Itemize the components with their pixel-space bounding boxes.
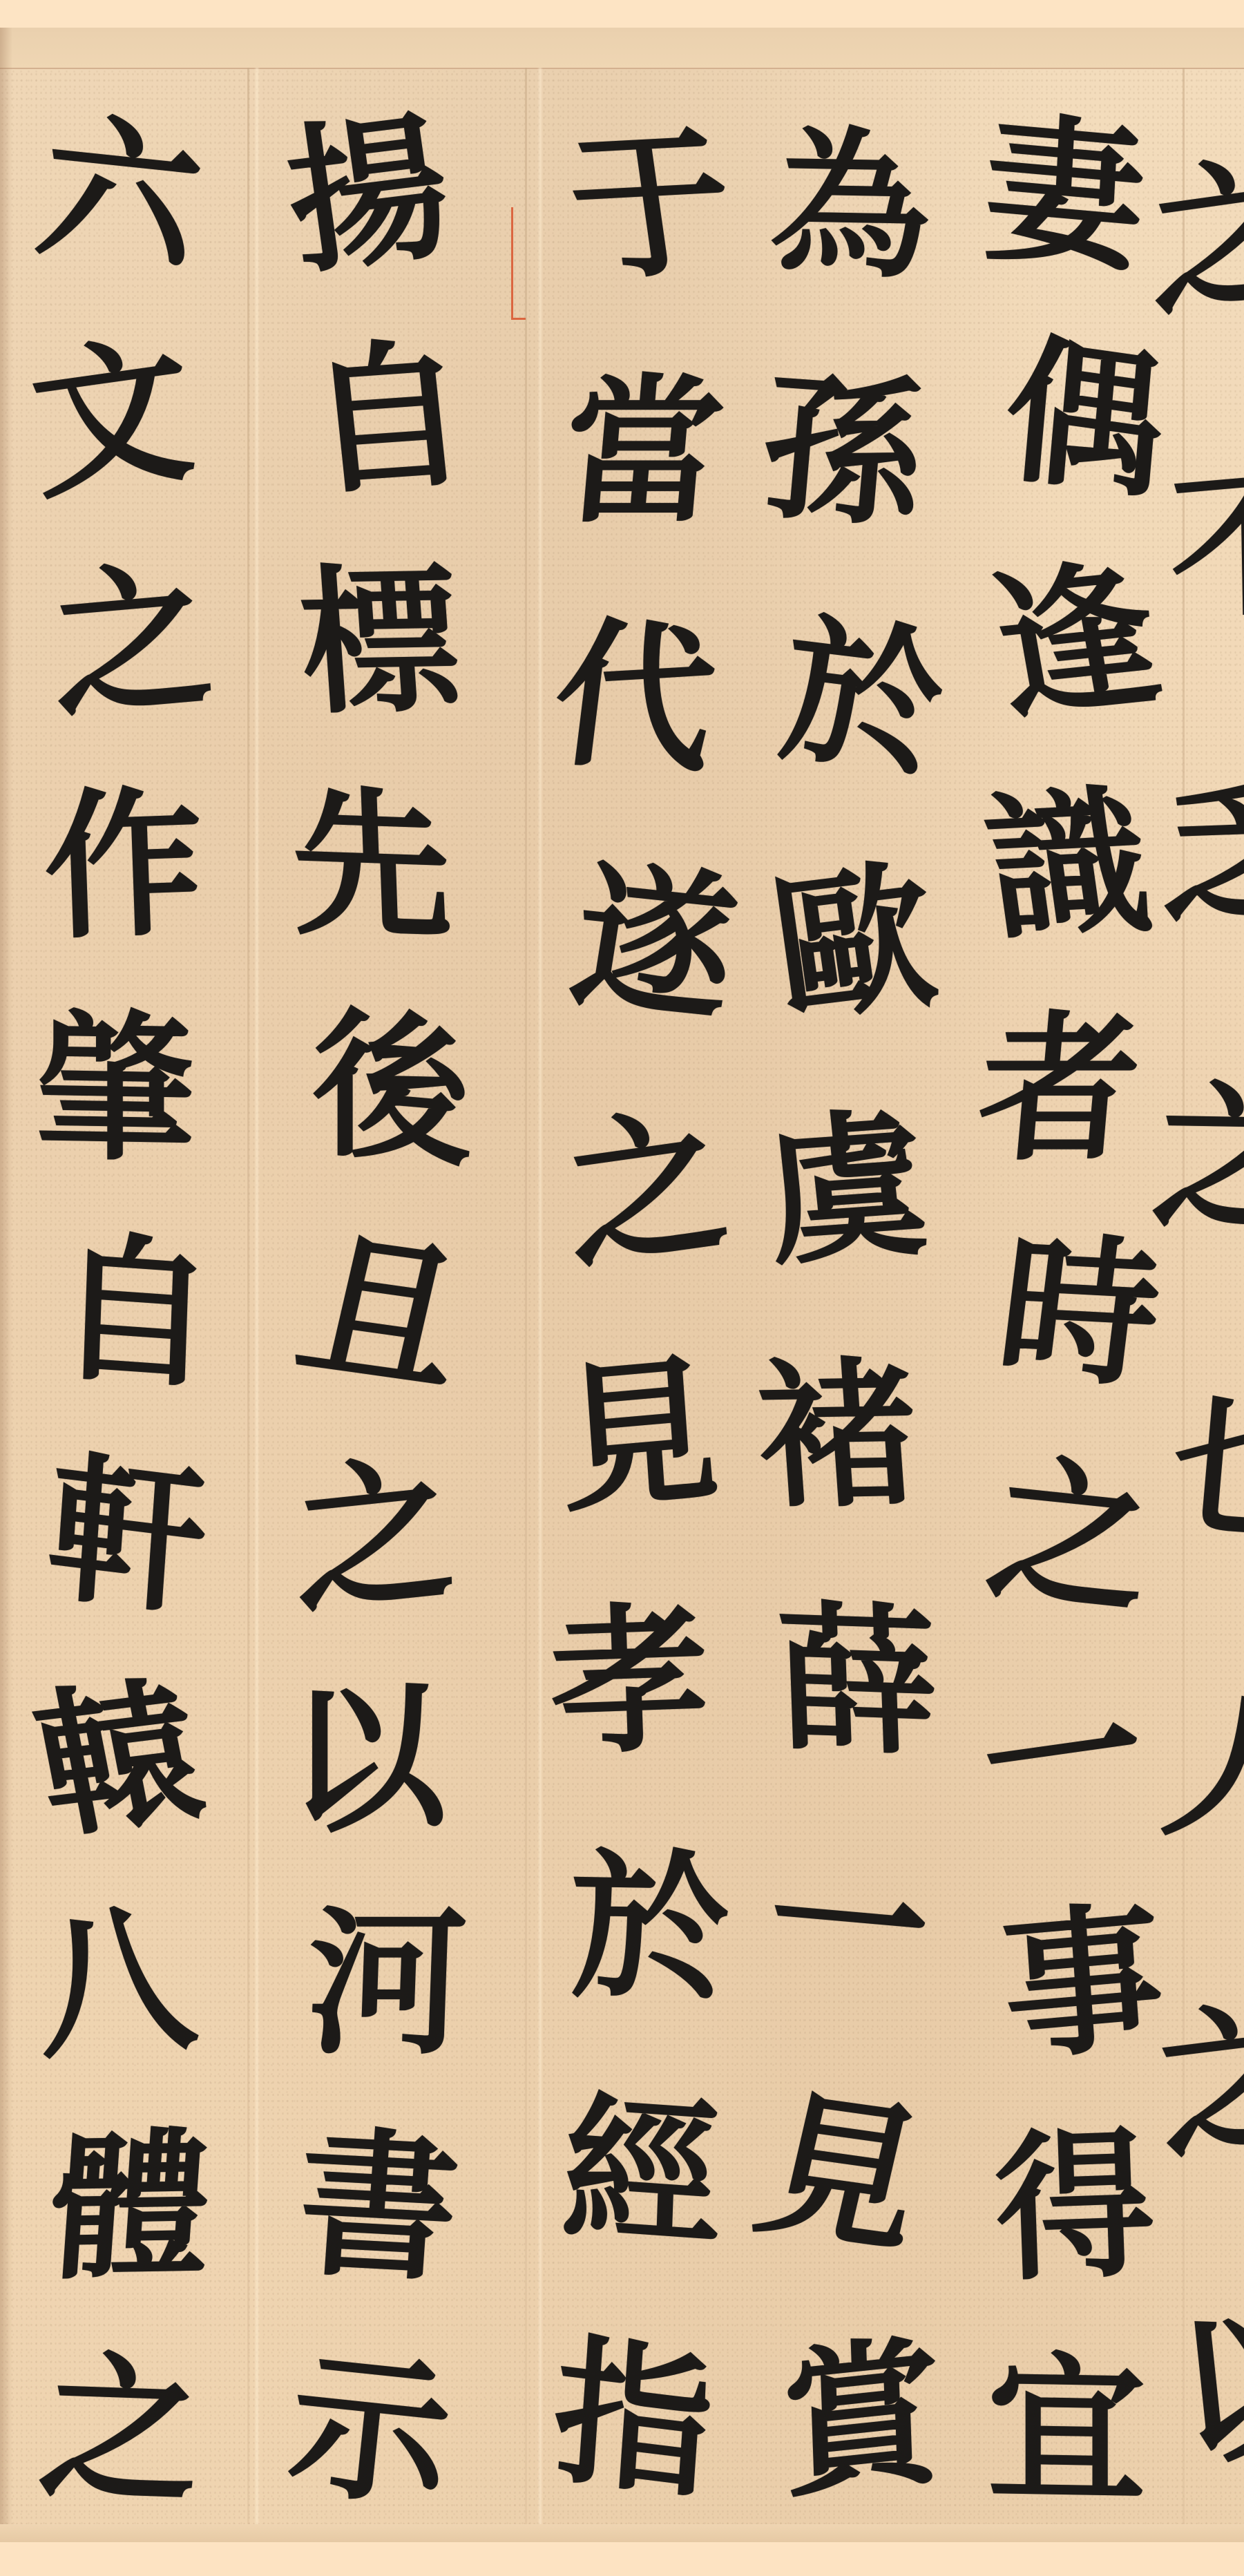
- calligraphy-character: 時: [986, 1197, 1172, 1428]
- calligraphy-character: 先: [288, 751, 454, 980]
- calligraphy-character: 歐: [758, 812, 950, 1076]
- calligraphy-character: 河: [303, 1871, 470, 2095]
- calligraphy-column-4: 于當代遂之見孝於經指: [539, 83, 746, 2542]
- calligraphy-character: 經: [558, 2045, 725, 2302]
- calligraphy-character: 不: [1168, 383, 1244, 705]
- calligraphy-character: 者: [970, 977, 1149, 1201]
- paper-left-edge-stain: [0, 28, 12, 2542]
- calligraphy-character: 肇: [36, 975, 195, 1202]
- calligraphy-character: 一: [973, 1637, 1154, 1882]
- top-mat-border: [0, 0, 1244, 28]
- calligraphy-character: 虞: [754, 1062, 939, 1317]
- calligraphy-character: 之: [1145, 1004, 1244, 1314]
- paper-bottom-strip: [0, 2524, 1244, 2542]
- calligraphy-character: 六: [23, 76, 216, 314]
- artwork-frame: 六文之作肇自軒轅八體之 揚自標先後且之以河書示 于當代遂之見孝於經指 為孫於歐虞…: [0, 0, 1244, 2576]
- calligraphy-character: 宜: [987, 2317, 1146, 2542]
- bottom-mat-border: [0, 2542, 1244, 2576]
- calligraphy-character: 為: [765, 82, 937, 330]
- calligraphy-character: 書: [291, 2091, 466, 2322]
- calligraphy-character: 見: [735, 2042, 948, 2305]
- calligraphy-character: 軒: [41, 1415, 214, 1657]
- calligraphy-character: 轅: [19, 1640, 219, 1879]
- calligraphy-character: 八: [14, 1867, 207, 2099]
- calligraphy-character: 揚: [274, 75, 462, 316]
- calligraphy-character: 標: [293, 528, 468, 754]
- calligraphy-character: 之: [975, 1418, 1167, 1655]
- calligraphy-character: 褚: [750, 1311, 926, 1560]
- calligraphy-character: 得: [991, 2092, 1158, 2321]
- calligraphy-character: 文: [21, 296, 202, 540]
- calligraphy-character: 之: [31, 2316, 213, 2542]
- paper-seam: [525, 68, 527, 2542]
- calligraphy-character: 遂: [557, 814, 754, 1074]
- calligraphy-character: 於: [769, 566, 957, 829]
- calligraphy-character: 見: [551, 1306, 726, 1565]
- calligraphy-character: 代: [540, 571, 729, 824]
- calligraphy-character: 指: [546, 2287, 720, 2542]
- calligraphy-character: 作: [40, 751, 207, 980]
- calligraphy-character: 薛: [774, 1556, 941, 1808]
- calligraphy-character: 當: [553, 329, 733, 575]
- red-ruled-mark: [511, 207, 526, 320]
- calligraphy-character: 自: [297, 301, 479, 535]
- calligraphy-column-rightmost-partial: 之不乏之也人之以: [1188, 83, 1244, 2542]
- calligraphy-column-2: 妻偶逢識者時之一事得宜: [967, 83, 1174, 2542]
- calligraphy-character: 自: [52, 1195, 219, 1430]
- calligraphy-character: 孝: [546, 1556, 714, 1807]
- calligraphy-character: 逢: [977, 523, 1174, 761]
- calligraphy-character: 之: [45, 524, 219, 761]
- calligraphy-character: 孫: [753, 324, 932, 580]
- calligraphy-character: 於: [571, 1803, 729, 2052]
- calligraphy-character: 之: [292, 1415, 458, 1656]
- calligraphy-character: 識: [973, 750, 1163, 981]
- calligraphy-character: 且: [280, 1192, 488, 1433]
- calligraphy-column-5: 揚自標先後且之以河書示: [276, 83, 484, 2542]
- paper-seam-light: [254, 68, 260, 2542]
- paper-seam: [247, 68, 249, 2542]
- calligraphy-column-3: 為孫於歐虞褚薛一見賞: [746, 83, 953, 2542]
- calligraphy-character: 後: [312, 970, 470, 1208]
- paper-top-strip: [0, 28, 1244, 69]
- calligraphy-column-leftmost: 六文之作肇自軒轅八體之: [21, 83, 228, 2542]
- calligraphy-paper: 六文之作肇自軒轅八體之 揚自標先後且之以河書示 于當代遂之見孝於經指 為孫於歐虞…: [0, 28, 1244, 2542]
- calligraphy-character: 體: [44, 2093, 218, 2320]
- calligraphy-character: 之: [1142, 71, 1244, 401]
- calligraphy-character: 于: [555, 79, 747, 332]
- calligraphy-character: 以: [287, 1643, 446, 1876]
- calligraphy-character: 一: [770, 1797, 928, 2057]
- calligraphy-character: 示: [280, 2311, 461, 2542]
- calligraphy-character: 之: [555, 1056, 738, 1323]
- calligraphy-character: 妻: [979, 76, 1149, 313]
- calligraphy-character: 賞: [778, 2288, 944, 2542]
- calligraphy-character: 乏: [1159, 695, 1244, 1009]
- calligraphy-character: 偶: [996, 296, 1173, 541]
